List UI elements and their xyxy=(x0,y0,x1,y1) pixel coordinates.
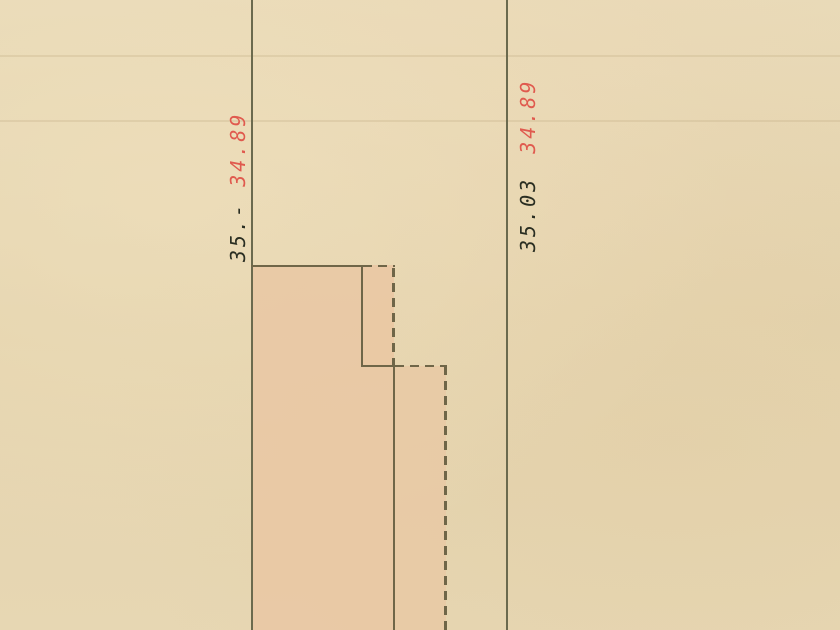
building-edge-top xyxy=(251,265,363,267)
elevation-label-left: 35.- 34.89 xyxy=(226,112,250,262)
street-line-right xyxy=(506,0,508,630)
dashed-outline-rear xyxy=(444,366,447,630)
paper-crease xyxy=(0,55,840,57)
paper-crease xyxy=(0,120,840,122)
building-edge-right xyxy=(393,365,395,630)
building-footprint-rear xyxy=(394,366,446,630)
elevation-label-right: 35.03 34.89 xyxy=(516,79,540,252)
building-footprint-annex xyxy=(362,265,394,366)
building-edge-step xyxy=(361,365,395,367)
dashed-outline-top xyxy=(363,265,395,267)
elevation-new-left: 34.89 xyxy=(226,112,250,187)
elevation-old-left: 35.- xyxy=(226,202,250,262)
dashed-outline-annex xyxy=(392,268,395,366)
elevation-new-right: 34.89 xyxy=(516,79,540,154)
elevation-old-right: 35.03 xyxy=(516,177,540,252)
building-edge-inner xyxy=(361,265,363,367)
dashed-outline-step xyxy=(395,365,447,367)
street-line-left xyxy=(251,0,253,630)
